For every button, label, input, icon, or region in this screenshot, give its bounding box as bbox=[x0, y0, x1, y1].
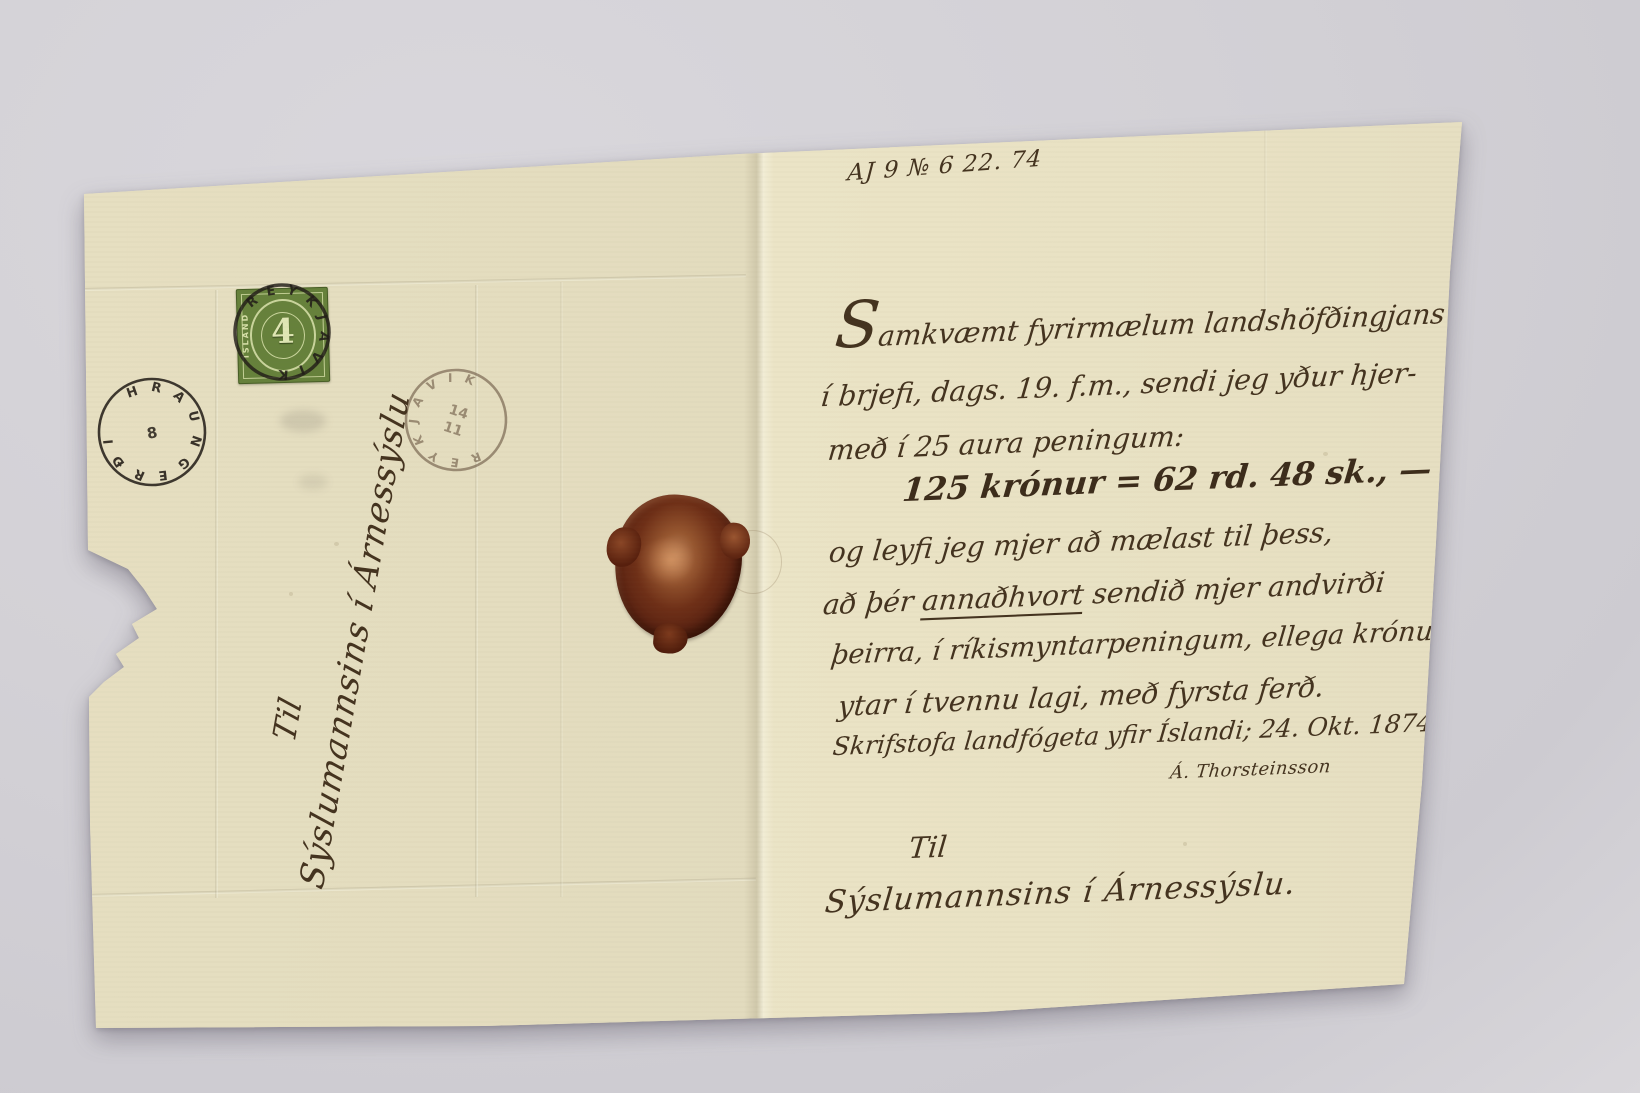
wax-seal-highlight bbox=[637, 535, 704, 589]
letter-body-line-2: í brjefi, dags. 19. f.m., sendi jeg yður… bbox=[819, 356, 1418, 413]
letter-paper-wrapper: ÍSLAND 4 REYKJAVIK HRAUNGERÐI bbox=[84, 122, 1462, 1028]
hraungerdi-postmark: HRAUNGERÐI 8 bbox=[71, 351, 234, 514]
fold-crease-vertical-1 bbox=[215, 290, 218, 898]
closing-recipient: Sýslumannsins í Árnessýslu. bbox=[823, 865, 1297, 920]
fold-crease-horizontal-top bbox=[84, 274, 746, 291]
folded-letter-paper: ÍSLAND 4 REYKJAVIK HRAUNGERÐI bbox=[84, 122, 1462, 1028]
fold-crease-horizontal-bottom bbox=[84, 878, 756, 897]
letter-text-block: AJ 9 № 6 22. 74 Samkvæmt fyrirmælum land… bbox=[760, 96, 1495, 1029]
letter-body-line-3: með í 25 aura peningum: bbox=[826, 420, 1185, 467]
hraungerdi-postmark-date: 8 bbox=[145, 423, 158, 443]
letter-body-line-1: Samkvæmt fyrirmælum landshöfðingjans bbox=[833, 297, 1447, 355]
letter-body-line-5: og leyfi jeg mjer að mælast til þess, bbox=[827, 516, 1334, 569]
letter-reference: AJ 9 № 6 22. 74 bbox=[847, 146, 1043, 187]
photo-background: ÍSLAND 4 REYKJAVIK HRAUNGERÐI bbox=[0, 0, 1640, 1093]
letter-body-line-6-post: sendið mjer andvirði bbox=[1082, 566, 1386, 611]
fold-crease-vertical-3 bbox=[560, 282, 563, 897]
underlined-word: annaðhvort bbox=[920, 578, 1085, 621]
letter-body-line-6: að þér annaðhvort sendið mjer andvirði bbox=[822, 566, 1387, 622]
letter-body-line-7: þeirra, í ríkismyntarpeningum, ellega kr… bbox=[830, 615, 1448, 671]
closing-salutation: Til bbox=[907, 829, 948, 865]
signature: Á. Thorsteinsson bbox=[1169, 756, 1332, 784]
letter-body-line-6-pre: að þér bbox=[822, 584, 924, 621]
envelope-address-block: Til Sýslumannsins í Árnessýslu bbox=[239, 353, 461, 907]
